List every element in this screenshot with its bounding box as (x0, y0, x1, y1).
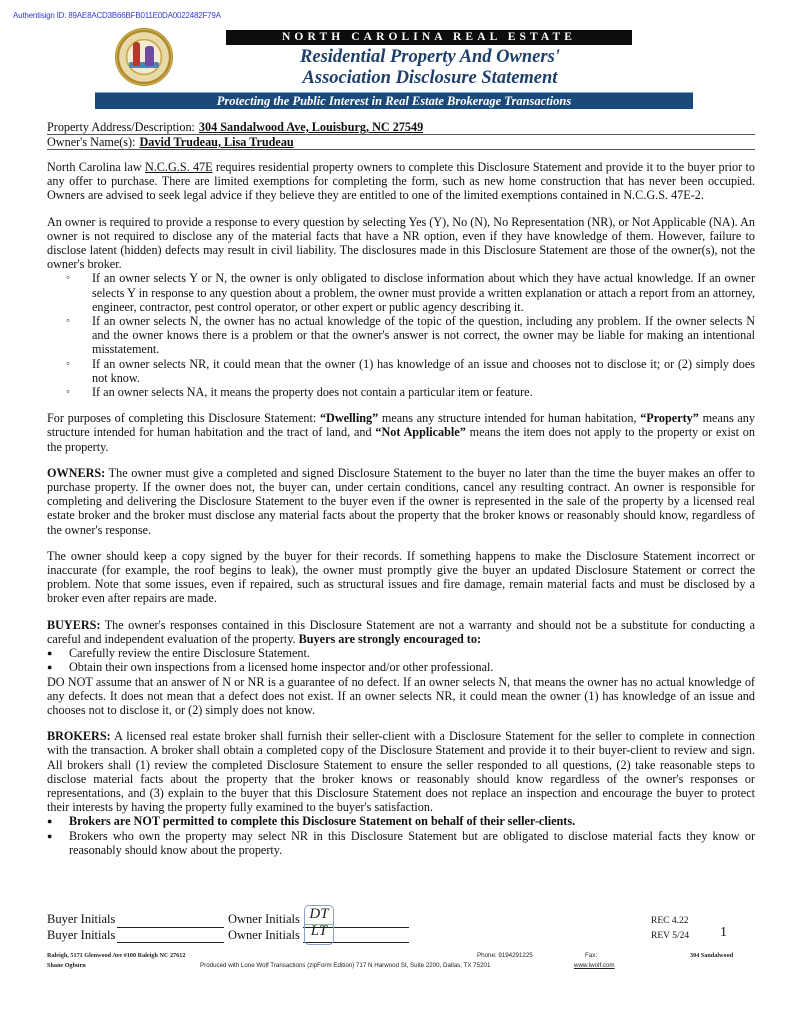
brokers-bullet-bold: Brokers are NOT permitted to complete th… (69, 814, 575, 828)
initials-row: Buyer Initials Owner Initials (47, 912, 409, 928)
footer-phone: Phone: 9194291225 (477, 951, 533, 961)
form-revision-info: REC 4.22 REV 5/24 (651, 914, 689, 944)
buyers-heading: BUYERS: (47, 618, 101, 632)
owner-initials-label: Owner Initials (228, 928, 303, 944)
commission-banner: NORTH CAROLINA REAL ESTATE COMMISSION (226, 30, 632, 45)
brokers-bullet: Brokers are NOT permitted to complete th… (47, 814, 755, 828)
brokers-bullet-list: Brokers are NOT permitted to complete th… (47, 814, 755, 857)
document-body: Property Address/Description: 304 Sandal… (47, 120, 755, 857)
response-bullet: If an owner selects N, the owner has no … (47, 314, 755, 357)
buyers-bullet: Obtain their own inspections from a lice… (47, 660, 755, 674)
owner-initials-label: Owner Initials (228, 912, 303, 928)
property-address-value[interactable]: 304 Sandalwood Ave, Louisburg, NC 27549 (199, 120, 423, 134)
footer-fax: Fax: (585, 951, 597, 961)
rev-date: REV 5/24 (651, 929, 689, 944)
buyers-bullet: Carefully review the entire Disclosure S… (47, 646, 755, 660)
ncgs-47e-link[interactable]: N.C.G.S. 47E (145, 160, 213, 174)
definitions-text: For purposes of completing this Disclosu… (47, 411, 320, 425)
owner-names-field: Owner's Name(s): David Trudeau, Lisa Tru… (47, 135, 755, 150)
buyer-initials-field-1[interactable] (117, 915, 224, 928)
buyer-initials-label: Buyer Initials (47, 928, 117, 944)
brokers-text: A licensed real estate broker shall furn… (47, 729, 755, 814)
buyers-paragraph: BUYERS: The owner's responses contained … (47, 618, 755, 646)
rec-number: REC 4.22 (651, 914, 689, 929)
footer-file-name: 304 Sandalwood (690, 951, 733, 961)
response-bullet: If an owner selects Y or N, the owner is… (47, 271, 755, 314)
brokers-heading: BROKERS: (47, 729, 111, 743)
intro-text-pre: North Carolina law (47, 160, 145, 174)
property-address-label: Property Address/Description: (47, 120, 199, 134)
seal-figure-left (133, 42, 140, 66)
document-title-line1: Residential Property And Owners' (230, 47, 630, 68)
response-bullet: If an owner selects NA, it means the pro… (47, 385, 755, 399)
owners-text: The owner must give a completed and sign… (47, 466, 755, 537)
agent-name: Shane Ogburn (47, 961, 86, 971)
page-footer: Raleigh, 5171 Glenwood Ave #100 Raleigh … (47, 951, 757, 971)
buyers-warning: DO NOT assume that an answer of N or NR … (47, 675, 755, 718)
initials-row: Buyer Initials Owner Initials (47, 928, 409, 944)
response-bullet-list: If an owner selects Y or N, the owner is… (47, 271, 755, 399)
brokerage-address: Raleigh, 5171 Glenwood Ave #100 Raleigh … (47, 951, 185, 961)
owners-copy-paragraph: The owner should keep a copy signed by t… (47, 549, 755, 606)
lwolf-website-link[interactable]: www.lwolf.com (574, 961, 615, 971)
owners-heading: OWNERS: (47, 466, 105, 480)
seal-figure-right (145, 46, 154, 66)
term-dwelling: “Dwelling” (320, 411, 378, 425)
owner-signature-2: LT (305, 923, 333, 940)
nc-state-seal-icon (115, 28, 173, 86)
term-property: “Property” (640, 411, 699, 425)
response-bullet: If an owner selects NR, it could mean th… (47, 357, 755, 385)
property-address-field: Property Address/Description: 304 Sandal… (47, 120, 755, 135)
owner-names-label: Owner's Name(s): (47, 135, 140, 149)
owner-signature-1: DT (305, 906, 333, 923)
term-not-applicable: “Not Applicable” (375, 425, 465, 439)
document-title-line2: Association Disclosure Statement (230, 68, 630, 89)
brokers-paragraph: BROKERS: A licensed real estate broker s… (47, 729, 755, 814)
owners-paragraph: OWNERS: The owner must give a completed … (47, 466, 755, 537)
tagline-bar: Protecting the Public Interest in Real E… (95, 92, 693, 109)
owner-initials-signature-box[interactable]: DT LT (304, 905, 334, 945)
brokers-bullet: Brokers who own the property may select … (47, 829, 755, 857)
buyers-emphasis: Buyers are strongly encouraged to: (299, 632, 481, 646)
buyer-initials-label: Buyer Initials (47, 912, 117, 928)
produced-with-text: Produced with Lone Wolf Transactions (zi… (200, 961, 490, 971)
intro-paragraph: North Carolina law N.C.G.S. 47E requires… (47, 160, 755, 203)
page-number: 1 (720, 925, 727, 941)
authentisign-id: Authentisign ID: 89AE8ACD3B66BFB011E0DA0… (13, 11, 221, 20)
definitions-text: means any structure intended for human h… (378, 411, 640, 425)
buyer-initials-field-2[interactable] (117, 930, 224, 943)
buyers-bullet-list: Carefully review the entire Disclosure S… (47, 646, 755, 674)
owner-names-value[interactable]: David Trudeau, Lisa Trudeau (140, 135, 294, 149)
response-paragraph: An owner is required to provide a respon… (47, 215, 755, 272)
initials-section: Buyer Initials Owner Initials Buyer Init… (47, 912, 409, 943)
signature-divider (305, 924, 333, 925)
definitions-paragraph: For purposes of completing this Disclosu… (47, 411, 755, 454)
